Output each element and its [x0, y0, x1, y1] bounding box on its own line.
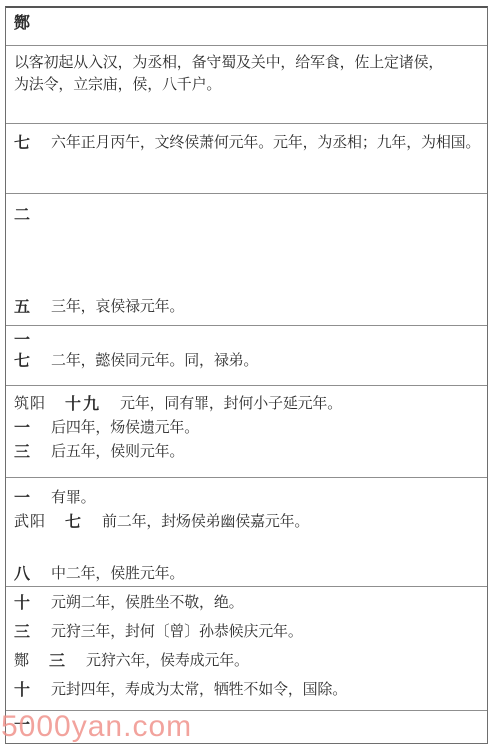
table-line: 五三年，哀侯禄元年。: [14, 297, 484, 318]
year-count: 三: [14, 622, 32, 643]
table-row: 二五三年，哀侯禄元年。: [6, 193, 487, 325]
table-row: 一有罪。武阳七前二年，封炀侯弟幽侯嘉元年。八中二年，侯胜元年。: [6, 477, 487, 586]
entry-text: 前二年，封炀侯弟幽侯嘉元年。: [102, 512, 309, 533]
table-line: 十元封四年，寿成为太常，牺牲不如令，国除。: [14, 680, 484, 701]
year-count: 七: [14, 351, 32, 372]
table-row: 一: [6, 710, 487, 743]
entry-text: 二年，懿侯同元年。同，禄弟。: [51, 351, 258, 372]
table-line: 三元狩三年，封何〔曾〕孙恭候庆元年。: [14, 622, 484, 643]
fief-name: 筑阳: [14, 394, 46, 415]
table-line: 一有罪。: [14, 488, 484, 509]
table-line: 八中二年，侯胜元年。: [14, 564, 484, 585]
table-line: 武阳七前二年，封炀侯弟幽侯嘉元年。: [14, 512, 484, 533]
scanned-book-page: { "watermark": { "text": "5000yan.com", …: [0, 0, 493, 751]
entry-text: 中二年，侯胜元年。: [51, 564, 184, 585]
year-count: 三: [14, 442, 32, 463]
table-line: 一后四年，炀侯遗元年。: [14, 418, 484, 439]
year-count: 三: [49, 651, 67, 672]
table-row: 筑阳十九元年，同有罪，封何小子延元年。一后四年，炀侯遗元年。三后五年，侯则元年。: [6, 385, 487, 477]
entry-text: 元年，同有罪，封何小子延元年。: [120, 394, 342, 415]
fief-name: 酂: [14, 651, 30, 672]
entry-text: 后四年，炀侯遗元年。: [51, 418, 199, 439]
year-count: 一: [14, 418, 32, 439]
year-count: 二: [14, 205, 32, 226]
table-line: 七六年正月丙午，文终侯萧何元年。元年，为丞相；九年，为相国。: [14, 133, 484, 154]
year-count: 十九: [65, 394, 101, 415]
year-count: 五: [14, 297, 32, 318]
year-count: 一: [14, 488, 32, 509]
year-count: 一: [14, 330, 32, 351]
table-row: 一七二年，懿侯同元年。同，禄弟。: [6, 325, 487, 385]
table-line: 一: [14, 715, 484, 736]
year-count: 十: [14, 680, 32, 701]
entry-text: 元狩六年，侯寿成元年。: [86, 651, 249, 672]
table-row: 七六年正月丙午，文终侯萧何元年。元年，为丞相；九年，为相国。: [6, 123, 487, 193]
table-line: 三后五年，侯则元年。: [14, 442, 484, 463]
fief-name: 武阳: [14, 512, 46, 533]
table-line: 一: [14, 330, 484, 351]
table-line: 七二年，懿侯同元年。同，禄弟。: [14, 351, 484, 372]
entry-text: 元狩三年，封何〔曾〕孙恭候庆元年。: [51, 622, 303, 643]
entry-text: 后五年，侯则元年。: [51, 442, 184, 463]
table-line: 酂: [14, 13, 484, 34]
entry-text: 元朔二年，侯胜坐不敬，绝。: [51, 593, 243, 614]
table-line: 二: [14, 205, 484, 226]
year-table: 酂以客初起从入汉，为丞相，备守蜀及关中，给军食，佐上定诸侯， 为法令，立宗庙，侯…: [5, 6, 488, 744]
year-count: 一: [14, 715, 32, 736]
year-count: 七: [65, 512, 83, 533]
table-line: 酂三元狩六年，侯寿成元年。: [14, 651, 484, 672]
entry-text: 有罪。: [51, 488, 95, 509]
table-row: 酂: [6, 8, 487, 45]
table-row: 以客初起从入汉，为丞相，备守蜀及关中，给军食，佐上定诸侯， 为法令，立宗庙，侯，…: [6, 45, 487, 123]
table-line: 以客初起从入汉，为丞相，备守蜀及关中，给军食，佐上定诸侯， 为法令，立宗庙，侯，…: [14, 52, 484, 96]
entry-text: 三年，哀侯禄元年。: [51, 297, 184, 318]
entry-text: 以客初起从入汉，为丞相，备守蜀及关中，给军食，佐上定诸侯， 为法令，立宗庙，侯，…: [14, 55, 443, 93]
table-line: 十元朔二年，侯胜坐不敬，绝。: [14, 593, 484, 614]
year-count: 八: [14, 564, 32, 585]
table-line: 筑阳十九元年，同有罪，封何小子延元年。: [14, 394, 484, 415]
year-count: 十: [14, 593, 32, 614]
table-row: 十元朔二年，侯胜坐不敬，绝。三元狩三年，封何〔曾〕孙恭候庆元年。酂三元狩六年，侯…: [6, 586, 487, 710]
fief-name: 酂: [14, 13, 30, 34]
year-count: 七: [14, 133, 32, 154]
entry-text: 六年正月丙午，文终侯萧何元年。元年，为丞相；九年，为相国。: [51, 133, 480, 154]
entry-text: 元封四年，寿成为太常，牺牲不如令，国除。: [51, 680, 347, 701]
